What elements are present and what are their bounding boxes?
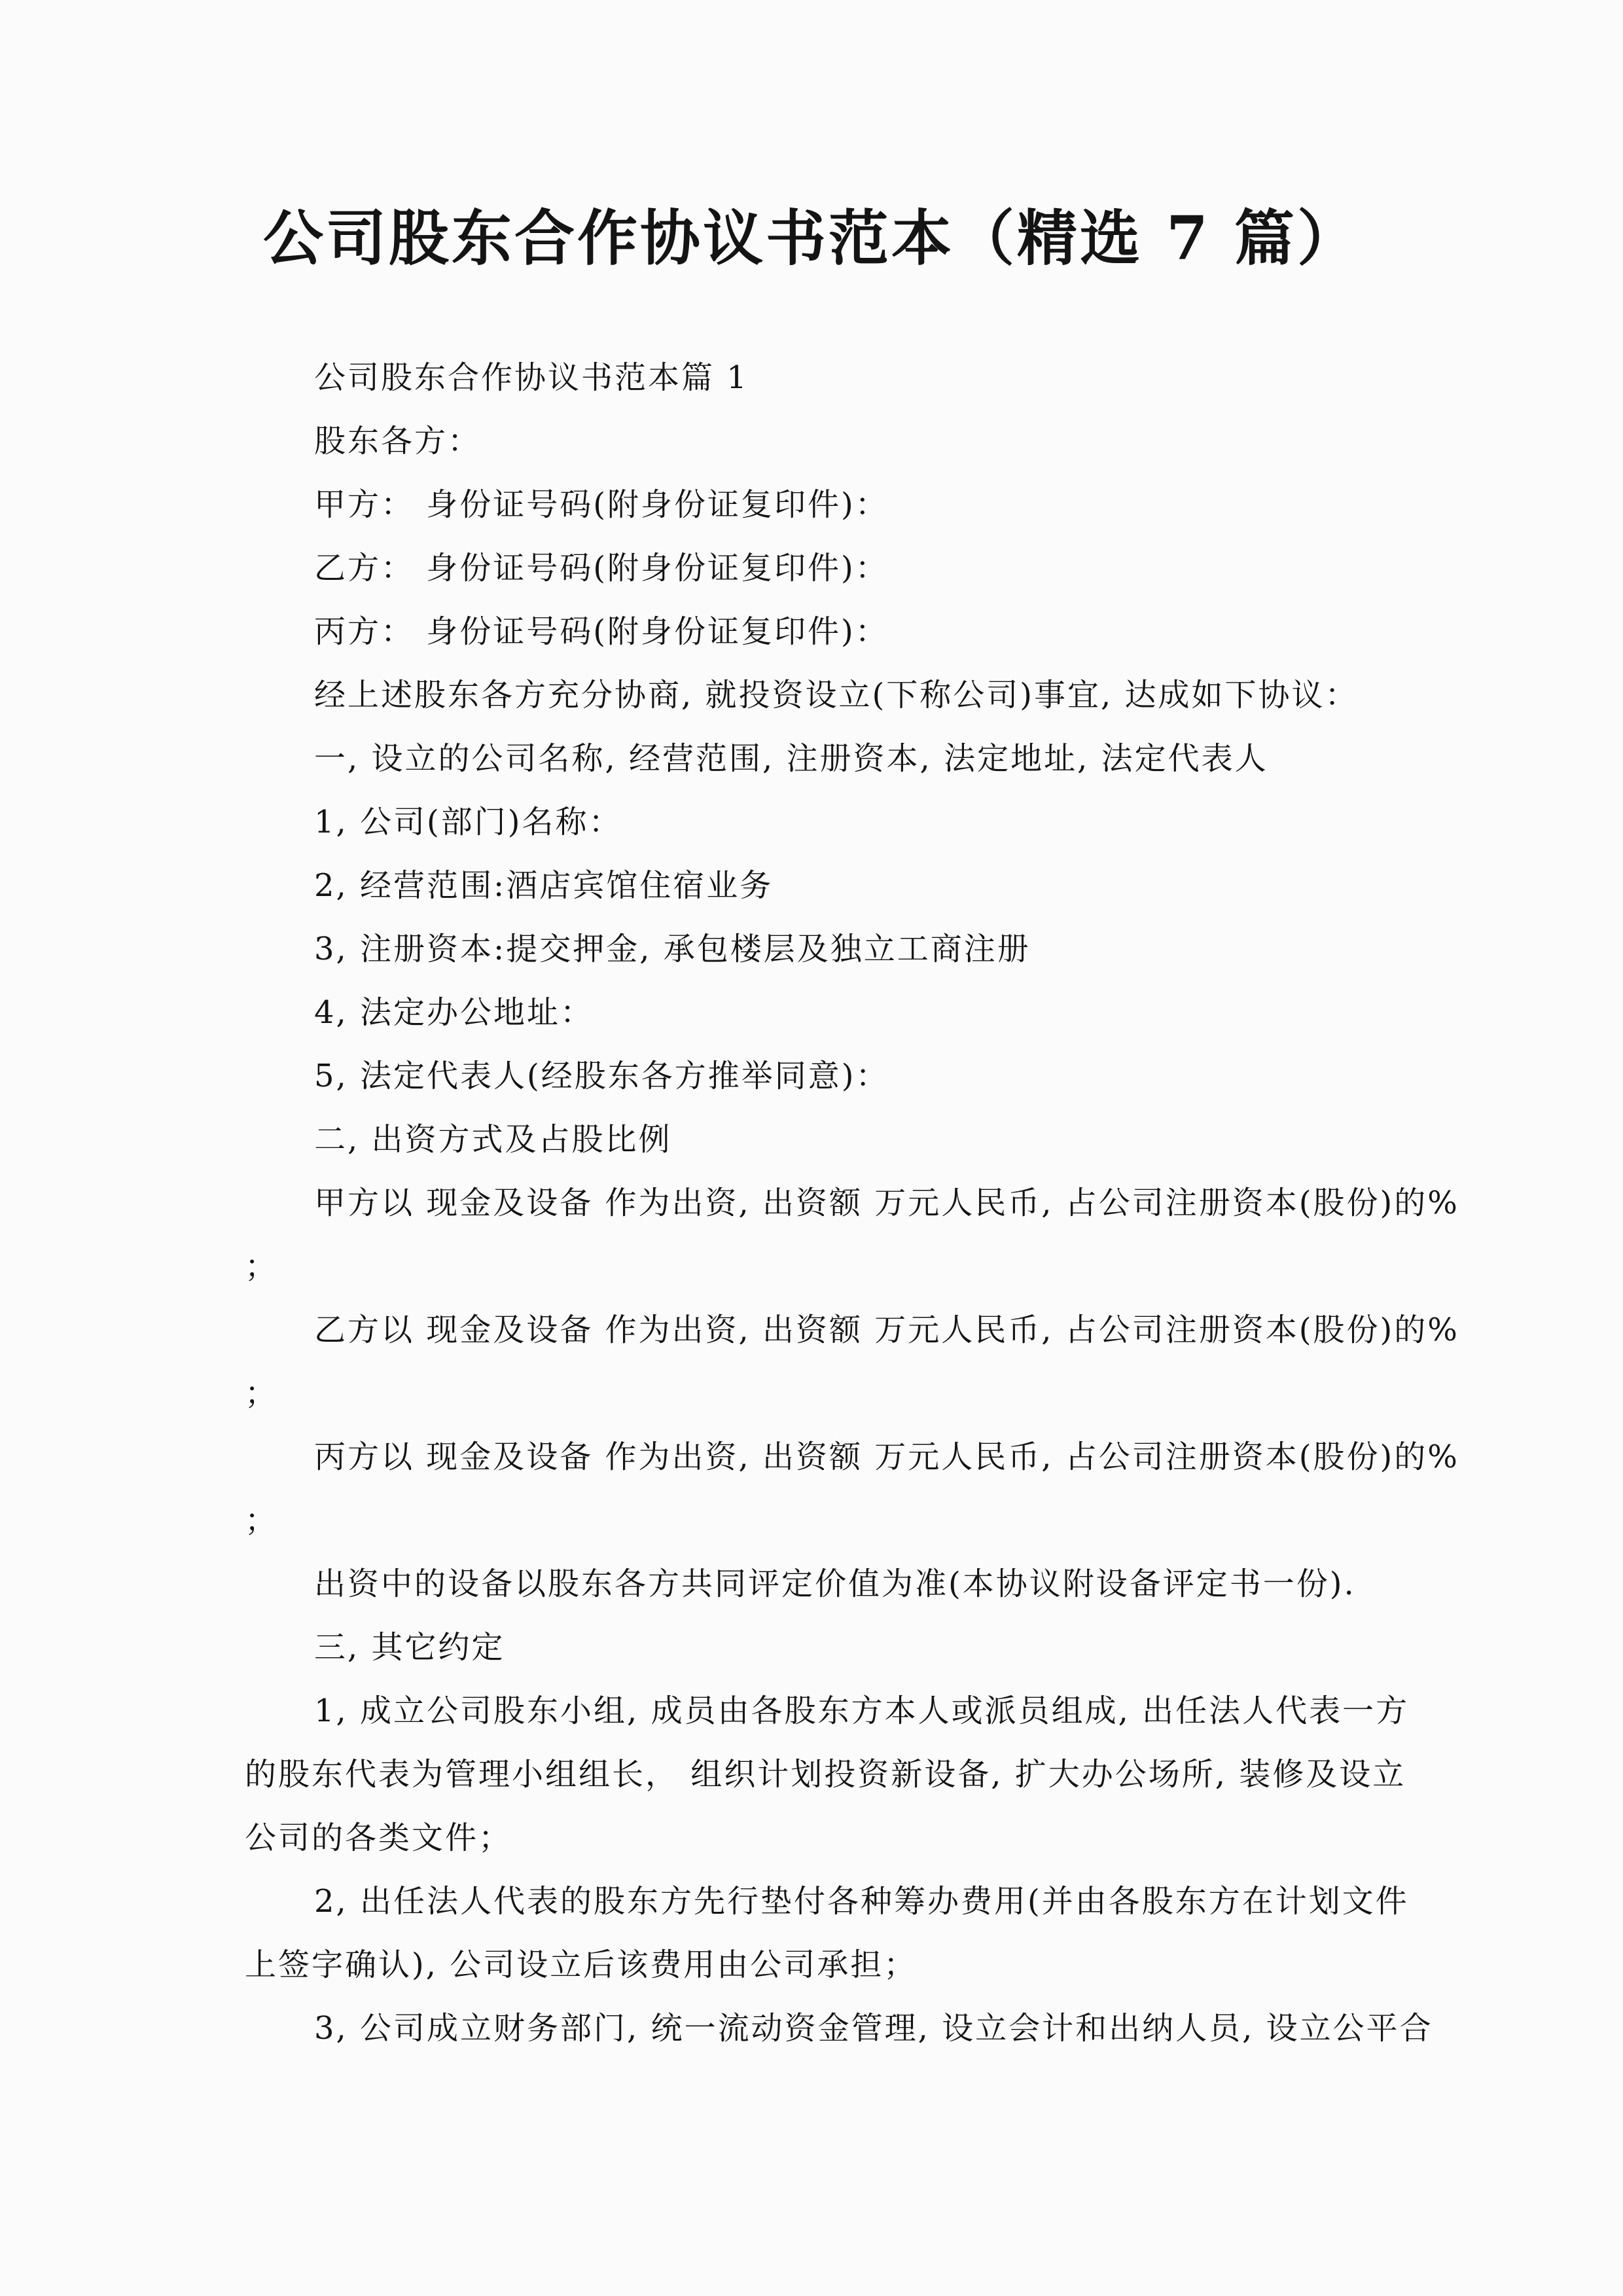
text-line: 3, 公司成立财务部门, 统一流动资金管理, 设立会计和出纳人员, 设立公平合 — [245, 1997, 1544, 2060]
text-line: 股东各方： — [245, 410, 1544, 473]
text-line: 乙方： 身份证号码(附身份证复印件)： — [245, 537, 1544, 600]
text-line: 4, 法定办公地址： — [245, 981, 1544, 1045]
document-page: 公司股东合作协议书范本（精选 7 篇） 公司股东合作协议书范本篇 1股东各方：甲… — [0, 0, 1623, 2296]
text-line: 上签字确认), 公司设立后该费用由公司承担； — [245, 1933, 1544, 1997]
text-line: 经上述股东各方充分协商, 就投资设立(下称公司)事宜, 达成如下协议： — [245, 664, 1544, 727]
text-line: 5, 法定代表人(经股东各方推举同意)： — [245, 1045, 1544, 1108]
text-line: ； — [245, 1489, 1544, 1552]
text-line: 甲方以 现金及设备 作为出资, 出资额 万元人民币, 占公司注册资本(股份)的% — [245, 1172, 1544, 1235]
document-body: 公司股东合作协议书范本篇 1股东各方：甲方： 身份证号码(附身份证复印件)：乙方… — [0, 346, 1623, 2060]
text-line: 3, 注册资本:提交押金, 承包楼层及独立工商注册 — [245, 918, 1544, 981]
text-line: 甲方： 身份证号码(附身份证复印件)： — [245, 473, 1544, 537]
text-line: ； — [245, 1362, 1544, 1426]
text-line: 公司的各类文件； — [245, 1806, 1544, 1870]
text-line: 公司股东合作协议书范本篇 1 — [245, 346, 1544, 410]
document-title: 公司股东合作协议书范本（精选 7 篇） — [0, 0, 1623, 268]
text-line: 2, 经营范围:酒店宾馆住宿业务 — [245, 854, 1544, 918]
text-line: 2, 出任法人代表的股东方先行垫付各种筹办费用(并由各股东方在计划文件 — [245, 1870, 1544, 1933]
text-line: 三, 其它约定 — [245, 1616, 1544, 1679]
text-line: 的股东代表为管理小组组长， 组织计划投资新设备, 扩大办公场所, 装修及设立 — [245, 1743, 1544, 1806]
text-line: 丙方以 现金及设备 作为出资, 出资额 万元人民币, 占公司注册资本(股份)的% — [245, 1426, 1544, 1489]
text-line: 出资中的设备以股东各方共同评定价值为准(本协议附设备评定书一份). — [245, 1552, 1544, 1616]
text-line: 乙方以 现金及设备 作为出资, 出资额 万元人民币, 占公司注册资本(股份)的% — [245, 1299, 1544, 1362]
text-line: 1, 成立公司股东小组, 成员由各股东方本人或派员组成, 出任法人代表一方 — [245, 1679, 1544, 1743]
text-line: ； — [245, 1235, 1544, 1299]
text-line: 一, 设立的公司名称, 经营范围, 注册资本, 法定地址, 法定代表人 — [245, 727, 1544, 791]
text-line: 1, 公司(部门)名称： — [245, 791, 1544, 854]
text-line: 二, 出资方式及占股比例 — [245, 1108, 1544, 1172]
text-line: 丙方： 身份证号码(附身份证复印件)： — [245, 600, 1544, 664]
